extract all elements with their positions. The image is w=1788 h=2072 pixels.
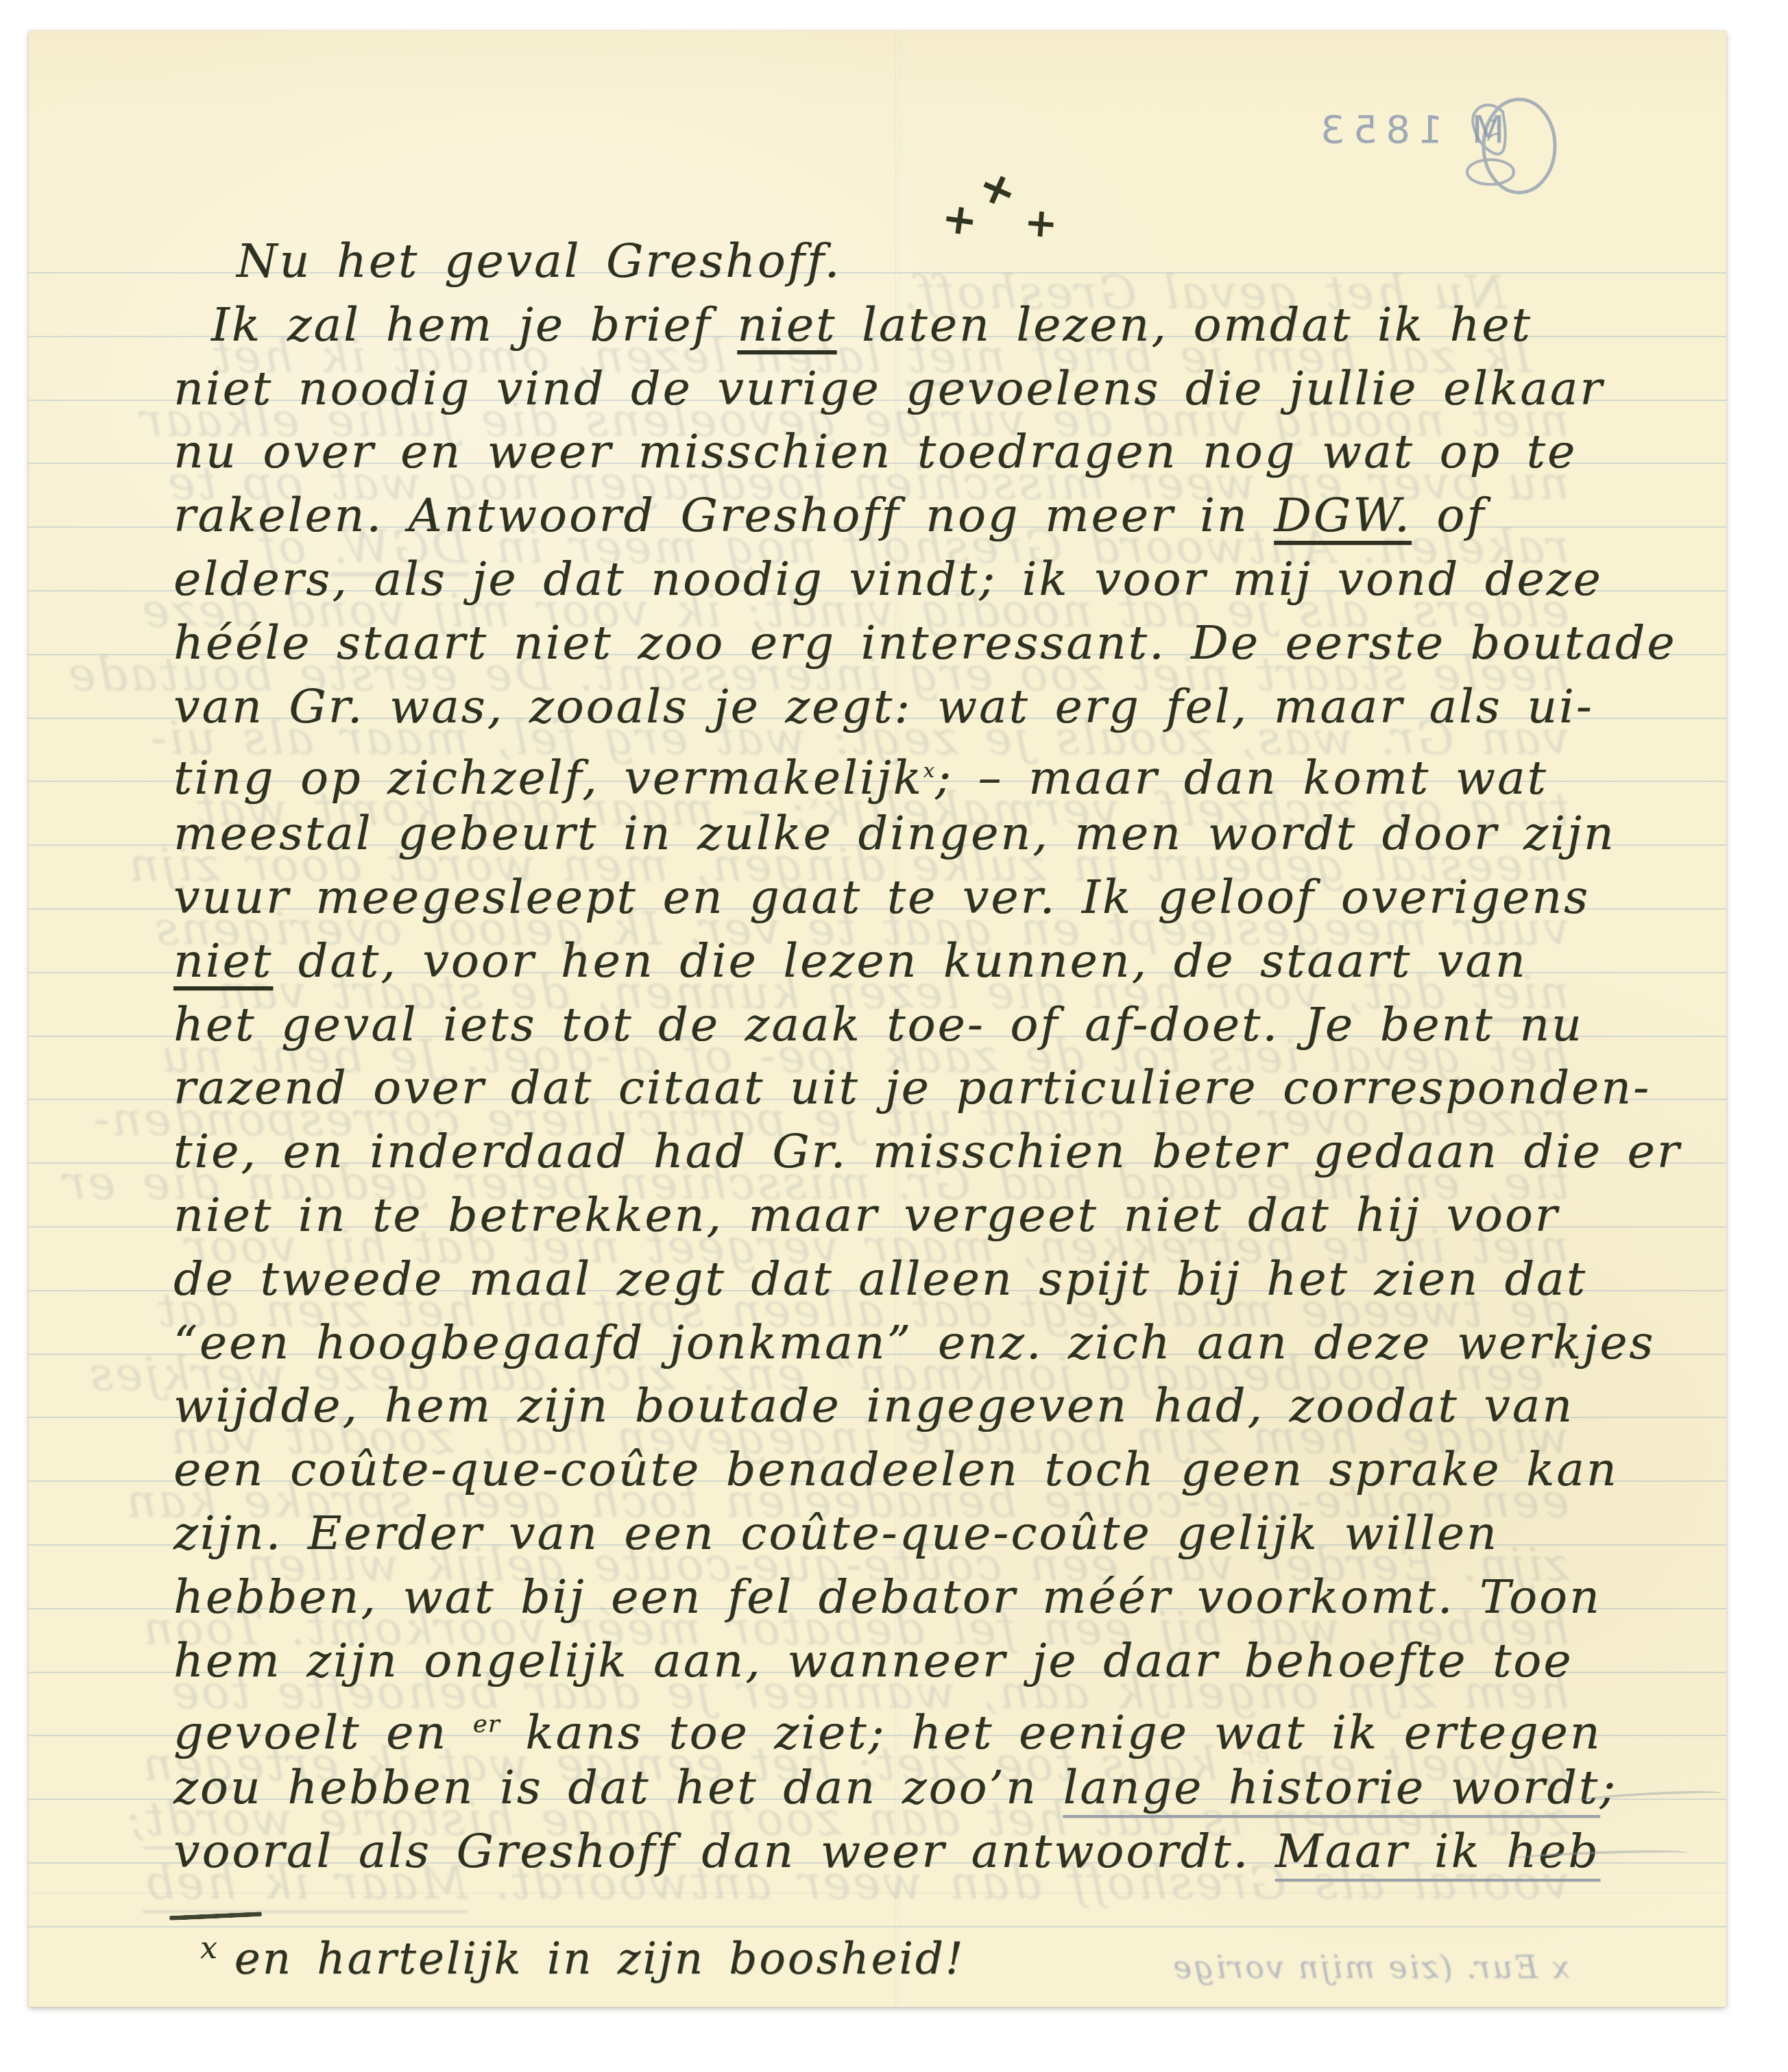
letter-line: hebben, wat bij een fel debator méér voo…	[173, 1566, 1696, 1630]
footnote-line: xen hartelijk in zijn boosheid!	[200, 1931, 965, 1984]
letter-line: van Gr. was, zooals je zegt: wat erg fel…	[173, 676, 1696, 740]
letter-line: de tweede maal zegt dat alleen spijt bij…	[173, 1248, 1696, 1312]
letter-line: rakelen. Antwoord Greshoff nog meer in D…	[173, 485, 1696, 548]
footnote-text: en hartelijk in zijn boosheid!	[234, 1934, 965, 1984]
verso-pencil-note: x Eur. (zie mijn vorige	[1171, 1949, 1570, 1986]
letter-line: vuur meegesleept en gaat te ver. Ik gelo…	[173, 866, 1696, 930]
letter-line: hem zijn ongelijk aan, wanneer je daar b…	[173, 1630, 1696, 1694]
letter-line: niet in te betrekken, maar vergeet niet …	[173, 1184, 1696, 1248]
letter-line: hééle staart niet zoo erg interessant. D…	[173, 612, 1696, 676]
scan-background: { "page": { "paper_color": "#f8f1d2", "i…	[0, 0, 1788, 2072]
letter-line: “een hoogbegaafd jonkman” enz. zich aan …	[173, 1312, 1696, 1376]
letter-text: Nu het geval Greshoff.Ik zal hem je brie…	[173, 230, 1696, 1884]
letter-line: meestal gebeurt in zulke dingen, men wor…	[173, 803, 1696, 866]
fold-crease-horizontal	[29, 1892, 1726, 1895]
letter-line: vooral als Greshoff dan weer antwoordt. …	[173, 1820, 1696, 1884]
letter-line: het geval iets tot de zaak toe- of af-do…	[173, 994, 1696, 1058]
letter-line: een coûte-que-coûte benadeelen toch geen…	[173, 1439, 1696, 1502]
letter-heading: Nu het geval Greshoff.	[237, 230, 1696, 294]
letter-line: razend over dat citaat uit je particulie…	[173, 1057, 1696, 1121]
letter-line: ting op zichzelf, vermakelijkx; – maar d…	[173, 739, 1696, 803]
footnote-separator-line	[169, 1912, 262, 1921]
letter-line: nu over en weer misschien toedragen nog …	[173, 421, 1696, 485]
letter-page: Nu het geval Greshoff.Ik zal hem je brie…	[29, 31, 1726, 2007]
letter-line: zijn. Eerder van een coûte-que-coûte gel…	[173, 1502, 1696, 1566]
letter-line: niet noodig vind de vurige gevoelens die…	[173, 358, 1696, 422]
letter-line: gevoelt en er kans toe ziet; het eenige …	[173, 1693, 1696, 1757]
letter-line: zou hebben is dat het dan zoo’n lange hi…	[173, 1757, 1696, 1820]
letter-line: elders, als je dat noodig vindt; ik voor…	[173, 548, 1696, 612]
letter-line: tie, en inderdaad had Gr. misschien bete…	[173, 1121, 1696, 1184]
footnote-marker: x	[200, 1931, 219, 1966]
letter-line: wijdde, hem zijn boutade ingegeven had, …	[173, 1375, 1696, 1439]
letter-line: Ik zal hem je brief niet laten lezen, om…	[211, 294, 1696, 358]
letter-line: niet dat, voor hen die lezen kunnen, de …	[173, 930, 1696, 994]
stamp-monogram-icon	[1459, 91, 1562, 201]
